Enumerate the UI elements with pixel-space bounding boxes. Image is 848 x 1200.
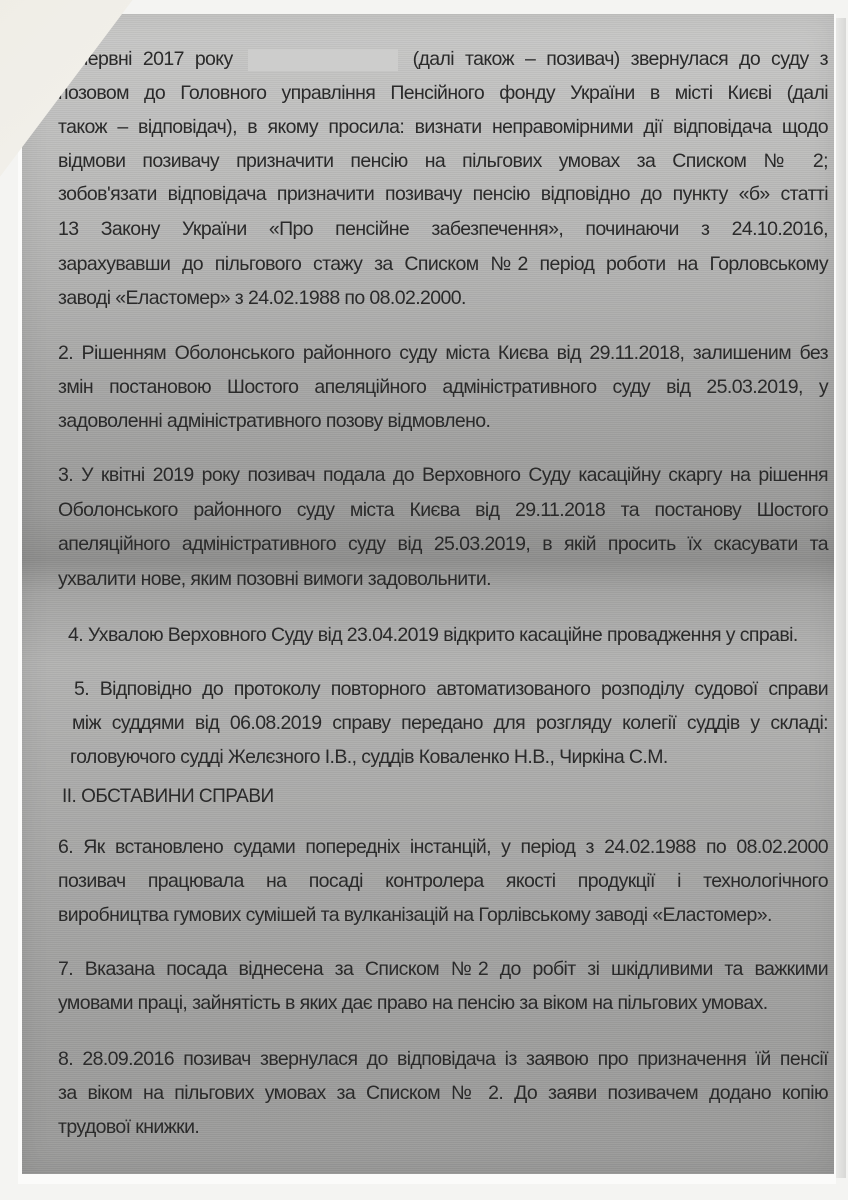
paragraph-3-line: 3. У квітні 2019 року позивач подала до … [58,464,828,487]
paragraph-7-line: умовами праці, зайнятість в яких дає пра… [58,992,828,1015]
paragraph-2-line: 2. Рішенням Оболонського районного суду … [58,342,828,365]
paragraph-3-line: апеляційного адміністративного суду від … [58,533,828,556]
paragraph-5-line: 5. Відповідно до протоколу повторного ав… [74,678,828,701]
paragraph-6-line: 6. Як встановлено судами попередніх інст… [58,836,828,859]
paragraph-2-line: задоволенні адміністративного позову від… [58,410,828,433]
paragraph-6-line: позивач працювала на посаді контролера я… [58,870,828,893]
paragraph-1-line: зобов'язати відповідача призначити позив… [58,183,828,206]
section-heading: ІІ. ОБСТАВИНИ СПРАВИ [62,786,832,808]
paragraph-7-line: 7. Вказана посада віднесена за Списком №… [58,958,828,981]
paragraph-1-line: також – відповідач), в якому просила: ви… [58,116,828,139]
paragraph-8-line: за віком на пільгових умовах за Списком … [58,1082,828,1105]
paragraph-1-line: позовом до Головного управління Пенсійно… [58,82,828,105]
paragraph-4-line: 4. Ухвалою Верховного Суду від 23.04.201… [68,624,828,647]
paragraph-1-line: заводі «Еластомер» з 24.02.1988 по 08.02… [58,287,828,310]
paragraph-5-line: між суддями від 06.08.2019 справу переда… [72,712,828,735]
paragraph-1-line: відмови позивачу призначити пенсію на пі… [58,150,828,173]
paragraph-3-line: Оболонського районного суду міста Києва … [58,499,828,522]
paragraph-5-line: головуючого судді Желєзного І.В., суддів… [70,746,828,769]
paragraph-1-line: зарахувавши до пільгового стажу за Списк… [58,253,828,276]
redacted-name-block [248,49,398,71]
paper-edge [836,18,846,1178]
paragraph-1-line-1: у червні 2017 року (далі також – позивач… [58,48,828,71]
paragraph-1-line: 13 Закону України «Про пенсійне забезпеч… [58,218,828,241]
paragraph-8-line: трудової книжки. [58,1116,828,1139]
paragraph-3-line: ухвалити нове, яким позовні вимоги задов… [58,568,828,591]
paragraph-1-text-end: (далі також – позивач) звернулася до суд… [413,48,828,70]
paragraph-2-line: змін постановою Шостого апеляційного адм… [58,376,828,399]
paragraph-8-line: 8. 28.09.2016 позивач звернулася до відп… [58,1048,828,1071]
paragraph-6-line: виробництва гумових сумішей та вулканіза… [58,904,828,927]
